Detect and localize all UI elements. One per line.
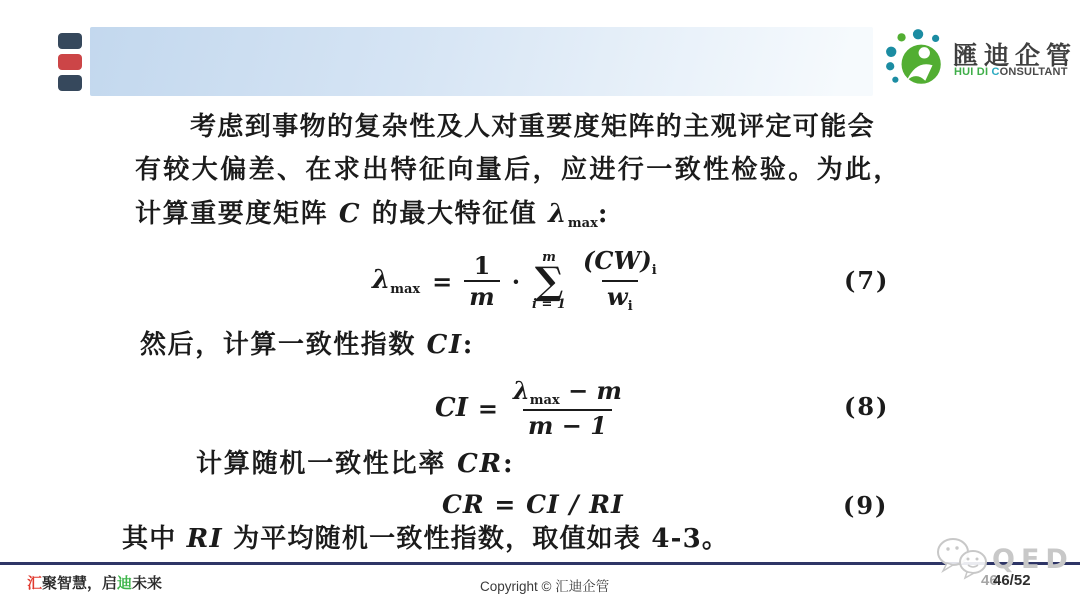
logo-en-huidi: HUI DI <box>954 66 991 78</box>
f8-lambda: λ <box>513 376 530 405</box>
equation-number-9: (9) <box>843 491 888 520</box>
f8-lambda-sub: max <box>530 393 560 408</box>
paragraph-line-3: 计算重要度矩阵 C 的最大特征值 λmax: <box>135 199 609 232</box>
logo-en-c: C <box>991 66 999 78</box>
line5-text: 计算随机一致性比率 <box>196 449 457 479</box>
footer-slogan: 汇聚智慧，启迪未来 <box>27 572 162 593</box>
f7-lambda: λ <box>372 265 390 295</box>
line3-colon: : <box>598 199 609 229</box>
f7-multiplication-dot: · <box>512 267 520 296</box>
f7-w-sub: i <box>628 299 633 314</box>
decoration-bullet-red <box>58 54 82 70</box>
slogan-hui: 汇 <box>27 575 42 592</box>
paragraph-line-1: 考虑到事物的复杂性及人对重要度矩阵的主观评定可能会 <box>190 112 875 143</box>
matrix-C-symbol: C <box>339 199 361 229</box>
f8-denominator: m − 1 <box>523 409 612 438</box>
f8-fraction: λmax − m m − 1 <box>508 378 627 439</box>
f7-frac2-numerator: (CW)i <box>578 248 662 280</box>
paragraph-line-6: 其中 RI 为平均随机一致性指数，取值如表 4-3。 <box>122 524 729 555</box>
f7-w: w <box>607 282 628 311</box>
paragraph-line-4: 然后，计算一致性指数 CI: <box>140 330 474 361</box>
line6-text-a: 其中 <box>122 524 187 554</box>
decoration-bullet-navy-bottom <box>58 75 82 91</box>
sigma-symbol: ∑ <box>535 264 564 298</box>
f7-frac1-denominator: m <box>464 280 499 309</box>
paragraph-line-5: 计算随机一致性比率 CR: <box>196 449 514 480</box>
line5-colon: : <box>503 449 514 479</box>
f7-equals: = <box>432 267 452 296</box>
company-logo: 匯迪企管 HUI DI CONSULTANT <box>884 24 1080 94</box>
f7-fraction-CW-over-w: (CW)i wi <box>578 248 662 313</box>
f8-lhs-CI: CI <box>435 393 468 423</box>
slogan-end: 未来 <box>132 575 162 592</box>
f9-equals: = <box>494 490 516 519</box>
line4-colon: : <box>463 330 474 360</box>
company-logo-icon <box>884 26 948 90</box>
f8-minus-m: − m <box>560 376 622 405</box>
presentation-slide: 匯迪企管 HUI DI CONSULTANT 考虑到事物的复杂性及人对重要度矩阵… <box>0 0 1080 607</box>
formula-9-consistency-ratio: CR = CI / RI <box>442 490 624 519</box>
f7-frac2-denominator: wi <box>602 280 638 314</box>
header-title-bar <box>90 27 873 96</box>
line6-text-b: 为平均随机一致性指数，取值如表 4-3。 <box>223 524 729 554</box>
f9-rhs-CI-RI: CI / RI <box>526 490 624 519</box>
slogan-mid: 聚智慧，启 <box>42 575 117 592</box>
f7-frac1-numerator: 1 <box>469 253 496 280</box>
CR-symbol: CR <box>457 449 503 479</box>
f7-summation: m ∑ i = 1 <box>532 251 566 311</box>
line3-text-a: 计算重要度矩阵 <box>135 199 339 229</box>
f9-lhs-CR: CR <box>442 490 485 519</box>
page-number: 46/52 <box>993 572 1031 589</box>
company-name-english: HUI DI CONSULTANT <box>954 66 1068 78</box>
f8-equals: = <box>478 394 498 423</box>
slogan-di: 迪 <box>117 575 132 592</box>
footer-divider-rule <box>0 562 1080 565</box>
decoration-bullet-navy-top <box>58 33 82 49</box>
formula-8-consistency-index: CI = λmax − m m − 1 <box>435 381 627 435</box>
equation-number-8: (8) <box>844 392 889 421</box>
paragraph-line-2: 有较大偏差、在求出特征向量后，应进行一致性检验。为此， <box>135 155 902 186</box>
formula-7-lambda-max: λmax = 1 m · m ∑ i = 1 (CW)i wi <box>372 243 662 319</box>
logo-en-onsultant: ONSULTANT <box>1000 66 1068 78</box>
line3-text-b: 的最大特征值 <box>361 199 548 229</box>
footer-copyright: Copyright © 汇迪企管 <box>480 575 609 595</box>
f7-fraction-1-over-m: 1 m <box>464 253 499 309</box>
RI-symbol: RI <box>187 524 223 554</box>
f7-CW: (CW) <box>583 246 652 275</box>
f7-lhs: λmax <box>372 265 420 297</box>
f7-CW-sub: i <box>652 263 657 278</box>
watermark-qed-text: QED <box>992 544 1074 575</box>
f8-numerator: λmax − m <box>508 378 627 410</box>
lambda-symbol: λ <box>548 199 568 229</box>
equation-number-7: (7) <box>844 266 889 295</box>
f7-sum-lower-limit: i = 1 <box>532 298 566 311</box>
f7-lambda-sub: max <box>390 282 420 297</box>
CI-symbol: CI <box>427 330 463 360</box>
lambda-subscript: max <box>568 216 598 231</box>
line4-text: 然后，计算一致性指数 <box>140 330 427 360</box>
